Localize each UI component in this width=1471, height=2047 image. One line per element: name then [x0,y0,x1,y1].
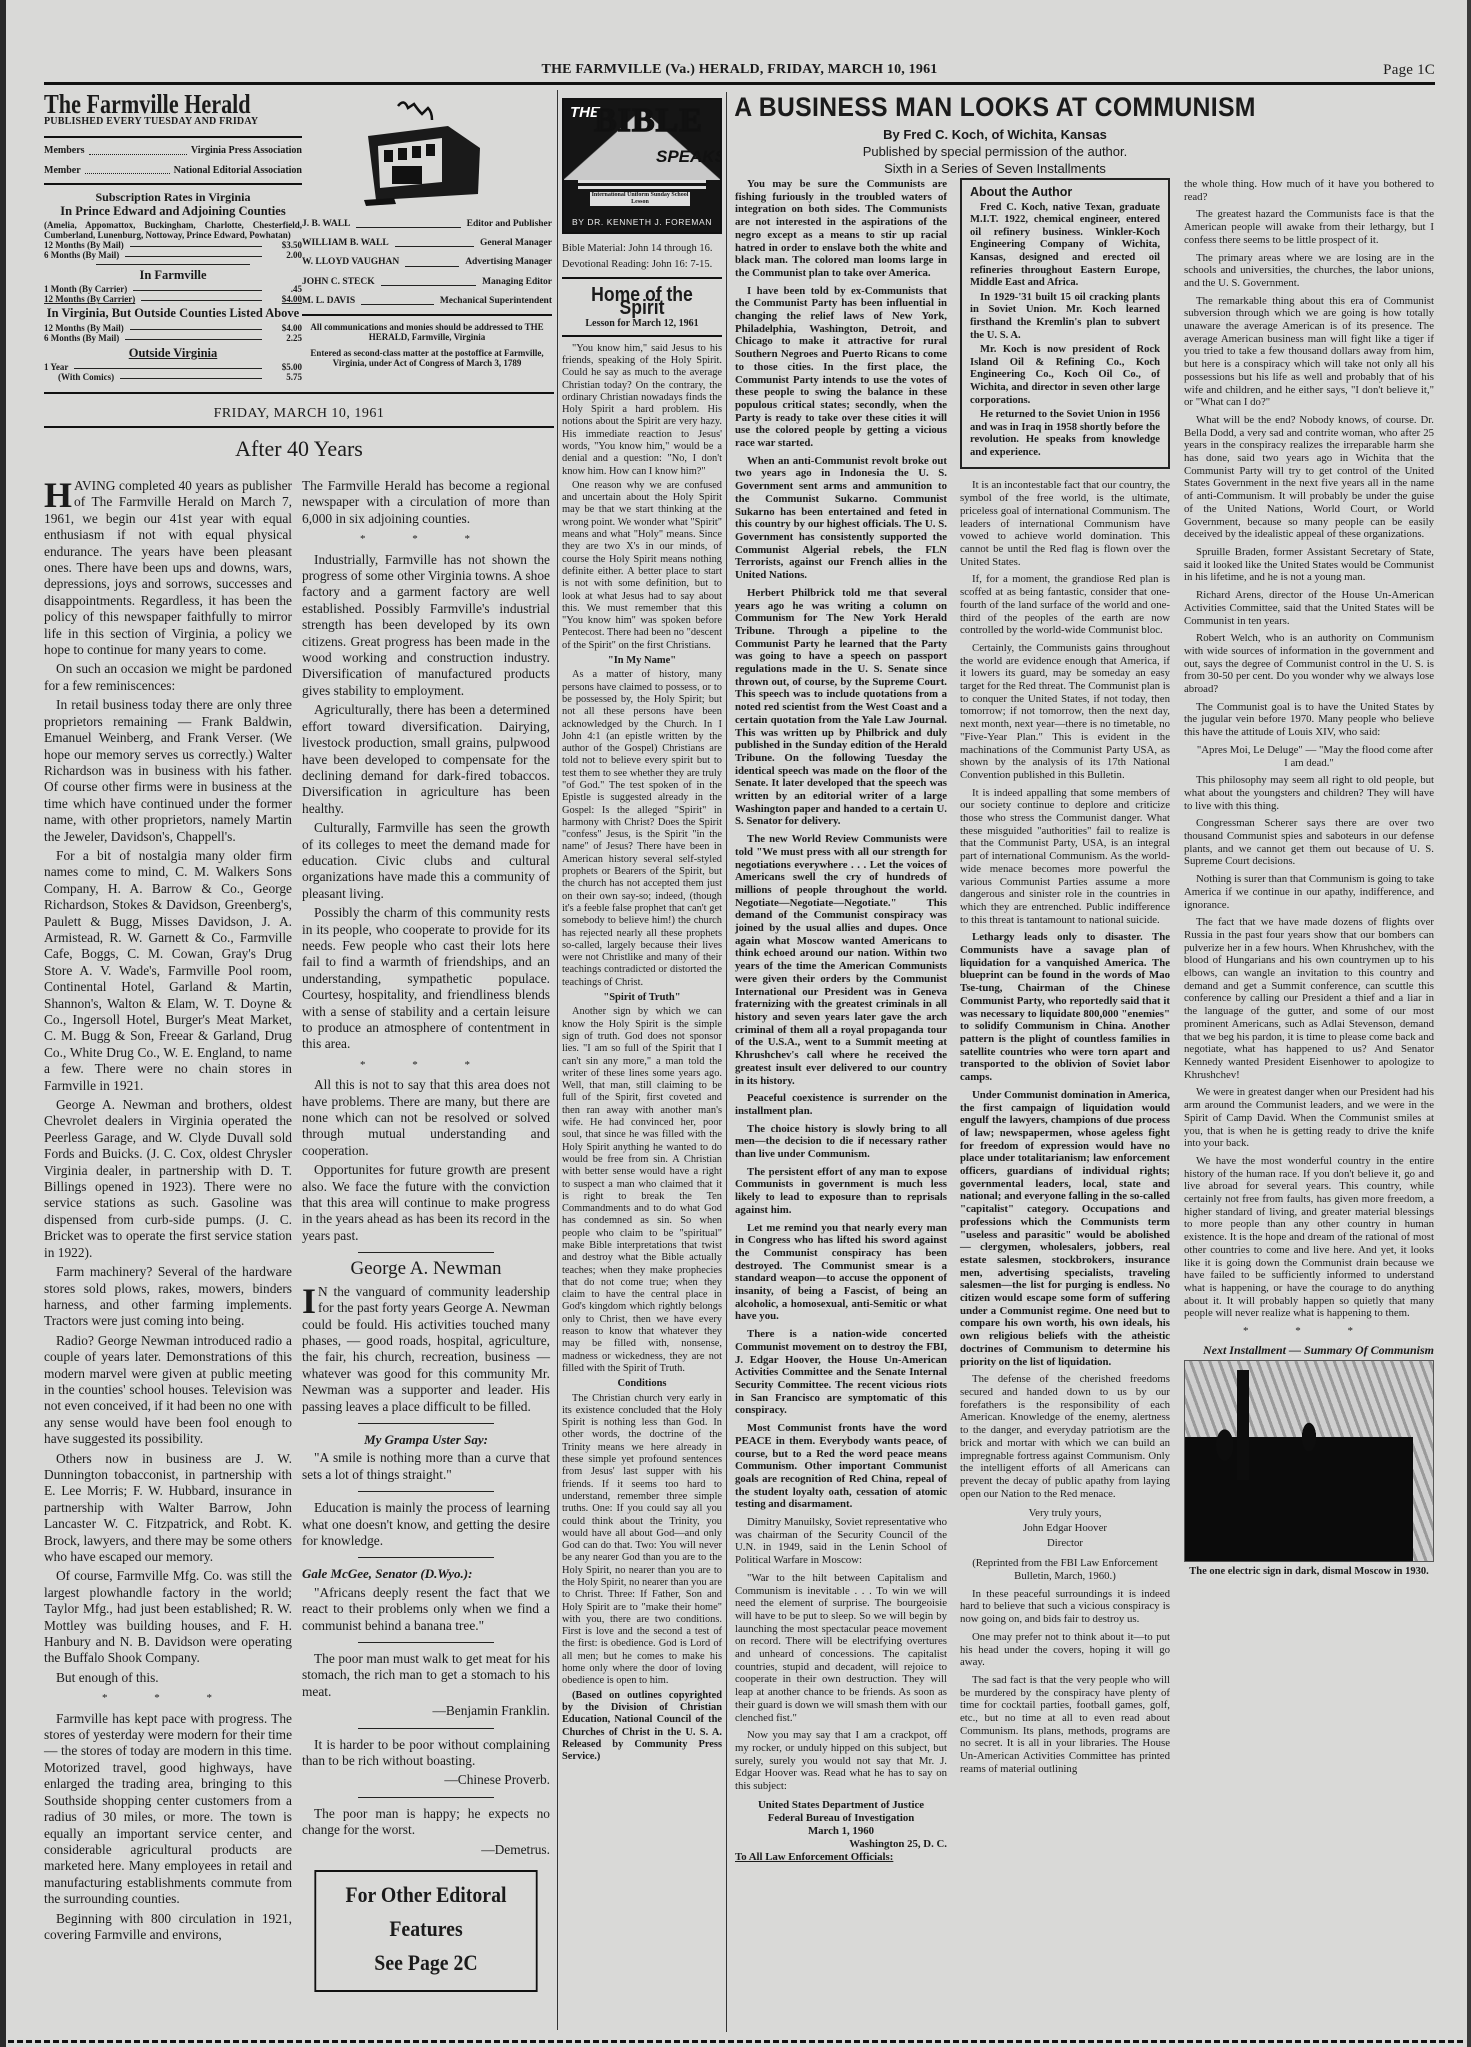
divider [44,183,302,185]
quote-heading: Gale McGee, Senator (D.Wyo.): [302,1566,550,1582]
divider [44,426,554,428]
rate-group-title: In Farmville [44,269,302,282]
column-rule [557,90,558,2030]
divider [358,1797,494,1798]
editorial-dateline: FRIDAY, MARCH 10, 1961 [44,406,554,422]
running-head-title: THE FARMVILLE (Va.) HERALD, FRIDAY, MARC… [44,62,1435,78]
address-notice: All communications and monies should be … [302,322,552,342]
page-bottom-rule [8,2040,1463,2043]
staff-row: J. B. WALLEditor and Publisher [302,218,552,231]
divider [96,264,251,265]
rate-row: 12 Months (By Mail)$4.00 [44,323,302,333]
hoover-signoff: Very truly yours, John Edgar Hoover Dire… [960,1506,1170,1551]
column-rule [726,92,727,2032]
divider [562,335,722,337]
lesson-body: "You know him," said Jesus to his friend… [562,343,722,1764]
running-head: THE FARMVILLE (Va.) HERALD, FRIDAY, MARC… [44,62,1435,84]
article-byline: By Fred C. Koch, of Wichita, Kansas [560,127,1430,142]
staff-row: JOHN C. STECKManaging Editor [302,276,552,289]
koch-col-2: About the Author Fred C. Koch, native Te… [960,178,1170,1781]
rate-group-title: In Prince Edward and Adjoining Counties [44,205,302,218]
lesson-date: Lesson for March 12, 1961 [562,317,722,330]
header-rule [44,82,1435,85]
rate-row: 6 Months (By Mail)2.00 [44,250,302,260]
masthead-right: J. B. WALLEditor and Publisher WILLIAM B… [302,92,552,374]
staff-row: W. LLOYD VAUGHANAdvertising Manager [302,256,552,269]
membership-row: MembersVirginia Press Association [44,144,302,157]
masthead-title: The Farmville Herald [44,98,256,111]
divider [302,314,552,316]
drop-cap: H [44,480,72,510]
page-edge [1467,0,1471,2047]
newman-title: George A. Newman [302,1261,550,1277]
koch-article-header: A BUSINESS MAN LOOKS AT COMMUNISM By Fre… [560,92,1430,176]
bible-column: THE BIBLE SPEAKS International Uniform S… [562,94,722,1765]
staff-row: WILLIAM B. WALLGeneral Manager [302,237,552,250]
see-page-2c-box[interactable]: For Other Editoral Features See Page 2C [314,1870,537,1992]
rate-row: (With Comics)5.75 [44,372,302,382]
drop-cap: I [302,1286,316,1316]
editorial-title: After 40 Years [44,436,554,462]
divider [562,277,722,279]
postal-notice: Entered as second-class matter at the po… [302,348,552,368]
divider [358,1728,494,1729]
herald-building-icon [358,96,488,208]
article-headline: A BUSINESS MAN LOOKS AT COMMUNISM [595,92,1395,123]
lesson-title: Home of the Spirit [572,289,713,315]
rate-row: 1 Month (By Carrier).45 [44,284,302,294]
membership-row: MemberNational Editorial Association [44,164,302,177]
page-edge [0,0,6,2047]
bible-meta: Bible Material: John 14 through 16. Devo… [562,242,722,271]
rate-row: 6 Months (By Mail)2.25 [44,333,302,343]
divider [358,1557,494,1558]
rate-group-title: In Virginia, But Outside Counties Listed… [44,307,302,320]
divider [358,1642,494,1643]
about-author-box: About the Author Fred C. Koch, native Te… [960,178,1170,469]
editorial-col-2: The Farmville Herald has become a region… [302,478,550,1992]
staff-row: M. L. DAVISMechanical Superintendent [302,295,552,308]
rate-note: (Amelia, Appomattox, Buckingham, Charlot… [44,220,302,240]
next-installment: Next Installment — Summary Of Communism [1184,1344,1434,1357]
editorial-rule [44,392,554,394]
page-number: Page 1C [1383,62,1435,79]
photo-caption: The one electric sign in dark, dismal Mo… [1184,1566,1434,1579]
rate-row: 12 Months (By Mail)$3.50 [44,240,302,250]
subscription-heading: Subscription Rates in Virginia [44,191,302,204]
rate-row: 1 Year$5.00 [44,362,302,372]
quote-heading: My Grampa Uster Say: [302,1432,550,1448]
editorial-col-1: HAVING completed 40 years as publisher o… [44,478,292,1946]
koch-col-3: the whole thing. How much of it have you… [1184,178,1434,1579]
editorial-section: FRIDAY, MARCH 10, 1961 After 40 Years [44,396,554,470]
divider [358,1423,494,1424]
moscow-photo [1184,1360,1434,1562]
divider [358,1252,494,1253]
fbi-letter-header: United States Department of Justice Fede… [735,1799,947,1864]
rate-row: 12 Months (By Carrier)$4.00 [44,294,302,304]
divider [358,1491,494,1492]
koch-col-1: You may be sure the Communists are fishi… [735,178,947,1870]
divider [44,136,302,138]
rate-group-title: Outside Virginia [44,347,302,360]
masthead-left: The Farmville Herald PUBLISHED EVERY TUE… [44,92,302,382]
